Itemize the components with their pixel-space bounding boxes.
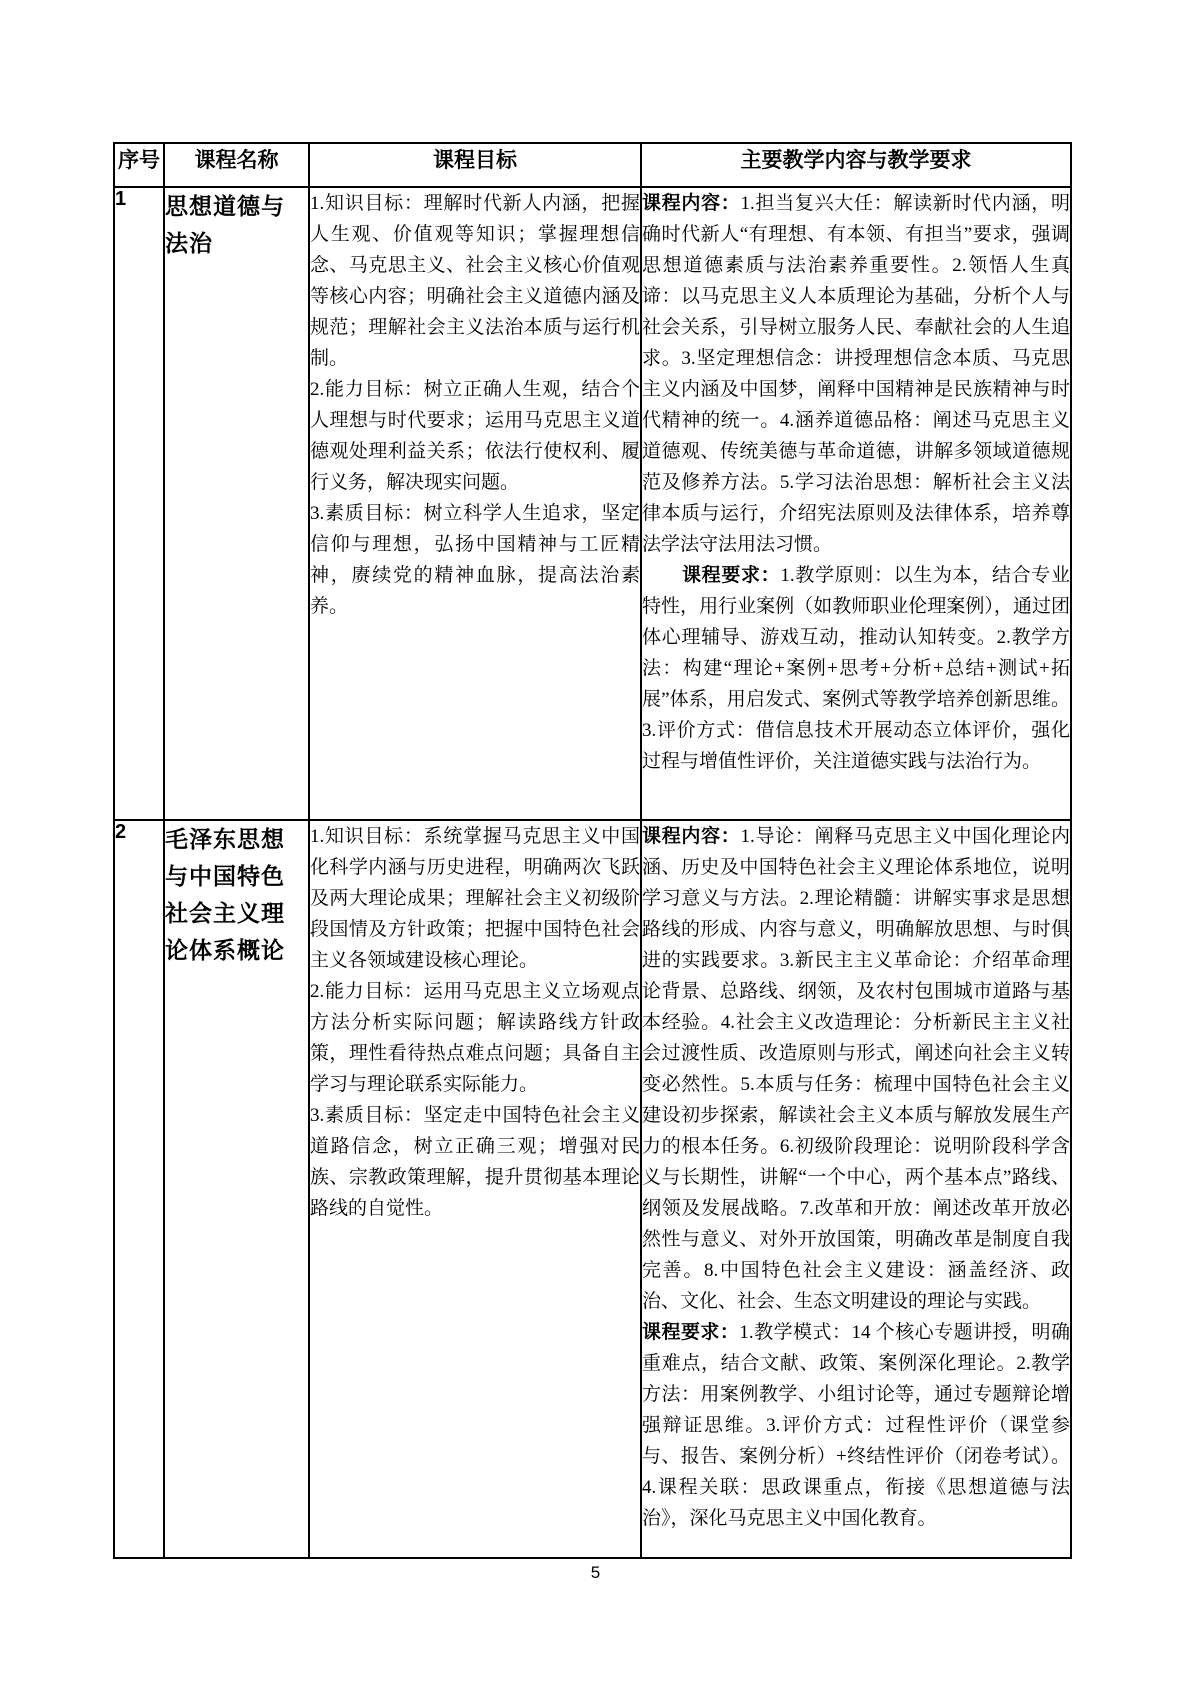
objective-paragraph: 1.知识目标：理解时代新人内涵，把握人生观、价值观等知识；掌握理想信念、马克思主…	[310, 188, 640, 374]
header-content: 主要教学内容与教学要求	[641, 143, 1071, 187]
table-row: 1 思想道德与法治 1.知识目标：理解时代新人内涵，把握人生观、价值观等知识；掌…	[114, 187, 1071, 820]
requirements-paragraph: 课程要求：1.教学原则：以生为本，结合专业特性，用行业案例（如教师职业伦理案例）…	[642, 560, 1070, 777]
document-page: 序号 课程名称 课程目标 主要教学内容与教学要求 1 思想道德与法治 1.知识目…	[0, 0, 1191, 1684]
objective-paragraph: 3.素质目标：树立科学人生追求，坚定信仰与理想，弘扬中国精神与工匠精神，赓续党的…	[310, 498, 640, 622]
content-text: 1.导论：阐释马克思主义中国化理论内涵、历史及中国特色社会主义理论体系地位，说明…	[642, 826, 1070, 1312]
header-objectives: 课程目标	[309, 143, 641, 187]
row1-index: 1	[114, 187, 164, 820]
objective-paragraph: 2.能力目标：树立正确人生观，结合个人理想与时代要求；运用马克思主义道德观处理利…	[310, 374, 640, 498]
requirements-text: 1.教学模式：14 个核心专题讲授，明确重难点，结合文献、政策、案例深化理论。2…	[642, 1322, 1070, 1529]
objective-paragraph: 3.素质目标：坚定走中国特色社会主义道路信念，树立正确三观；增强对民族、宗教政策…	[310, 1100, 640, 1224]
row2-objectives: 1.知识目标：系统掌握马克思主义中国化科学内涵与历史进程，明确两次飞跃及两大理论…	[309, 820, 641, 1558]
header-row: 序号 课程名称 课程目标 主要教学内容与教学要求	[114, 143, 1071, 187]
header-course-name: 课程名称	[164, 143, 309, 187]
content-paragraph: 课程内容：1.担当复兴大任：解读新时代内涵，明确时代新人“有理想、有本领、有担当…	[642, 188, 1070, 560]
row1-content: 课程内容：1.担当复兴大任：解读新时代内涵，明确时代新人“有理想、有本领、有担当…	[641, 187, 1071, 820]
objective-paragraph: 1.知识目标：系统掌握马克思主义中国化科学内涵与历史进程，明确两次飞跃及两大理论…	[310, 821, 640, 976]
row2-course-name: 毛泽东思想与中国特色社会主义理论体系概论	[164, 820, 309, 1558]
requirements-label: 课程要求：	[642, 1322, 739, 1343]
row2-content: 课程内容：1.导论：阐释马克思主义中国化理论内涵、历史及中国特色社会主义理论体系…	[641, 820, 1071, 1558]
page-number: 5	[0, 1563, 1191, 1583]
row2-index: 2	[114, 820, 164, 1558]
objective-paragraph: 2.能力目标：运用马克思主义立场观点方法分析实际问题；解读路线方针政策，理性看待…	[310, 976, 640, 1100]
requirements-label: 课程要求：	[682, 565, 780, 586]
header-index: 序号	[114, 143, 164, 187]
row1-course-name: 思想道德与法治	[164, 187, 309, 820]
row1-objectives: 1.知识目标：理解时代新人内涵，把握人生观、价值观等知识；掌握理想信念、马克思主…	[309, 187, 641, 820]
content-label: 课程内容：	[642, 826, 741, 847]
content-text: 1.担当复兴大任：解读新时代内涵，明确时代新人“有理想、有本领、有担当”要求，强…	[642, 193, 1070, 555]
content-label: 课程内容：	[642, 193, 741, 214]
table-row: 2 毛泽东思想与中国特色社会主义理论体系概论 1.知识目标：系统掌握马克思主义中…	[114, 820, 1071, 1558]
requirements-text: 1.教学原则：以生为本，结合专业特性，用行业案例（如教师职业伦理案例），通过团体…	[642, 565, 1070, 772]
content-paragraph: 课程内容：1.导论：阐释马克思主义中国化理论内涵、历史及中国特色社会主义理论体系…	[642, 821, 1070, 1317]
course-table: 序号 课程名称 课程目标 主要教学内容与教学要求 1 思想道德与法治 1.知识目…	[113, 142, 1072, 1559]
requirements-paragraph: 课程要求：1.教学模式：14 个核心专题讲授，明确重难点，结合文献、政策、案例深…	[642, 1317, 1070, 1534]
